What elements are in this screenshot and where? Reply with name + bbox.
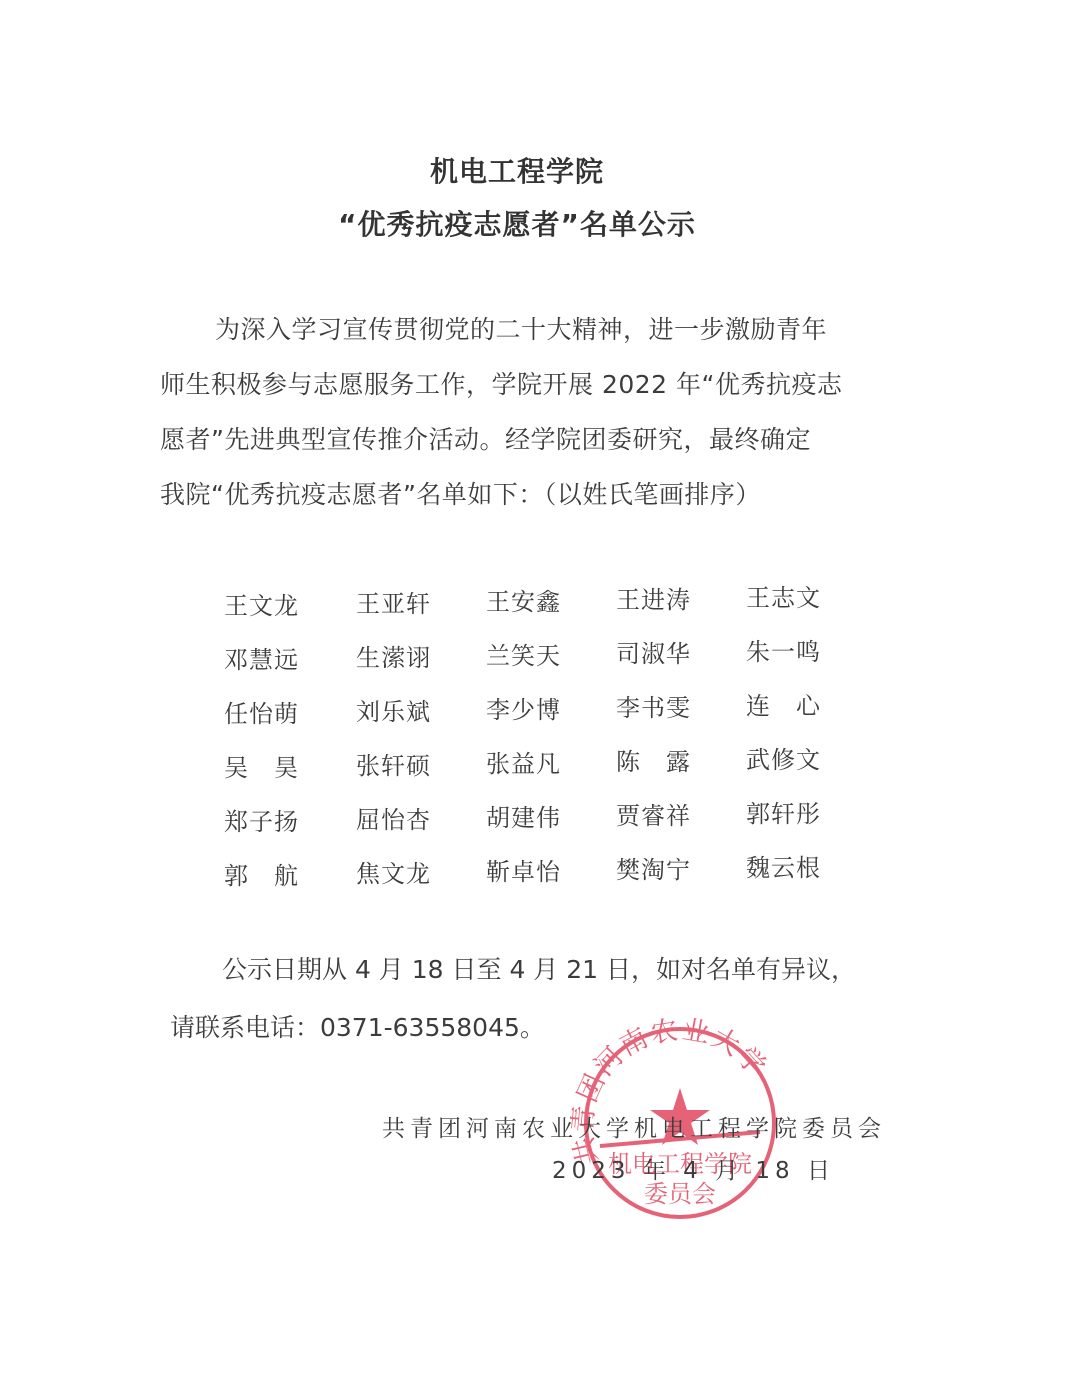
name-row: 王文龙 王亚轩 王安鑫 王进涛 王志文 [224, 578, 864, 632]
volunteer-name: 武修文 [746, 740, 821, 775]
volunteer-name: 郭轩彤 [746, 794, 821, 829]
volunteer-name: 胡建伟 [486, 798, 561, 833]
volunteer-name: 张轩硕 [356, 746, 431, 781]
volunteer-name: 郭 航 [224, 856, 299, 891]
intro-line: 为深入学习宣传贯彻党的二十大精神，进一步激励青年 [160, 302, 890, 357]
volunteer-name: 生潆诩 [356, 638, 431, 673]
volunteer-name: 张益凡 [486, 744, 561, 779]
name-row: 郭 航 焦文龙 靳卓怡 樊淘宁 魏云根 [224, 848, 864, 902]
volunteer-name: 贾睿祥 [616, 796, 691, 831]
volunteer-name: 魏云根 [746, 848, 821, 883]
volunteer-name: 兰笑天 [486, 636, 561, 671]
name-row: 吴 昊 张轩硕 张益凡 陈 露 武修文 [224, 740, 864, 794]
volunteer-name: 任怡萌 [224, 694, 299, 729]
intro-line: 愿者”先进典型宣传推介活动。经学院团委研究，最终确定 [160, 412, 890, 467]
volunteer-name: 李书雯 [616, 688, 691, 723]
name-row: 邓慧远 生潆诩 兰笑天 司淑华 朱一鸣 [224, 632, 864, 686]
volunteer-name: 吴 昊 [224, 748, 299, 783]
volunteer-name: 王文龙 [224, 586, 299, 621]
document-title-line1: 机电工程学院 [0, 150, 1034, 190]
notice-line-period: 公示日期从 4 月 18 日至 4 月 21 日，如对名单有异议， [222, 950, 856, 986]
name-row: 郑子扬 屈怡杏 胡建伟 贾睿祥 郭轩彤 [224, 794, 864, 848]
volunteer-name: 朱一鸣 [746, 632, 821, 667]
notice-line-contact: 请联系电话：0371-63558045。 [170, 1008, 545, 1044]
volunteer-name: 屈怡杏 [356, 800, 431, 835]
volunteer-name: 刘乐斌 [356, 692, 431, 727]
volunteer-name: 靳卓怡 [486, 852, 561, 887]
volunteer-name: 焦文龙 [356, 854, 431, 889]
volunteer-name: 樊淘宁 [616, 850, 691, 885]
volunteer-name: 司淑华 [616, 634, 691, 669]
document-page: 机电工程学院 “优秀抗疫志愿者”名单公示 为深入学习宣传贯彻党的二十大精神，进一… [0, 0, 1080, 1385]
signature-date: 2023 年 4 月 18 日 [552, 1152, 835, 1185]
intro-line: 师生积极参与志愿服务工作，学院开展 2022 年“优秀抗疫志 [160, 357, 890, 412]
volunteer-name: 王进涛 [616, 580, 691, 615]
signature-organization: 共青团河南农业大学机电工程学院委员会 [382, 1110, 886, 1143]
intro-line: 我院“优秀抗疫志愿者”名单如下：（以姓氏笔画排序） [160, 467, 890, 522]
document-title-line2: “优秀抗疫志愿者”名单公示 [0, 203, 1034, 243]
volunteer-name: 王亚轩 [356, 584, 431, 619]
volunteer-name: 连 心 [746, 686, 821, 721]
name-row: 任怡萌 刘乐斌 李少博 李书雯 连 心 [224, 686, 864, 740]
volunteer-name: 王安鑫 [486, 582, 561, 617]
intro-paragraph: 为深入学习宣传贯彻党的二十大精神，进一步激励青年 师生积极参与志愿服务工作，学院… [160, 302, 890, 522]
volunteer-name: 李少博 [486, 690, 561, 725]
volunteer-name: 陈 露 [616, 742, 691, 777]
volunteer-name: 郑子扬 [224, 802, 299, 837]
volunteer-name: 王志文 [746, 578, 821, 613]
volunteer-name: 邓慧远 [224, 640, 299, 675]
volunteer-name-list: 王文龙 王亚轩 王安鑫 王进涛 王志文 邓慧远 生潆诩 兰笑天 司淑华 朱一鸣 … [224, 578, 864, 902]
